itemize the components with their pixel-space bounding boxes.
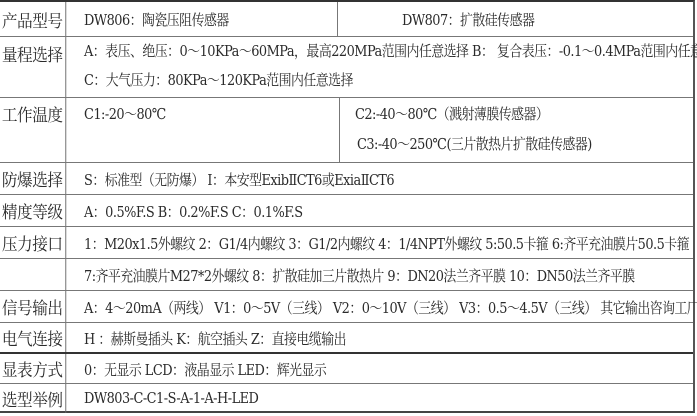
row-accuracy: 精度等级 A：0.5%F.S B：0.2%F.S C：0.1%F.S bbox=[0, 195, 693, 227]
temperature-c1: C1:-20～80℃ bbox=[84, 103, 166, 124]
label-explosion-proof: 防爆选择 bbox=[0, 163, 66, 194]
temperature-c3: C3:-40～250℃(三片散热片扩散硅传感器) bbox=[357, 133, 592, 154]
content-electrical-connection: H ：赫斯曼插头 K：航空插头 Z：直接电缆输出 bbox=[72, 323, 693, 352]
range-line-1: A：表压、绝压：0～10KPa～60MPa，最高220MPa范围内任意选择 B：… bbox=[84, 40, 697, 61]
range-line-2: C：大气压力：80KPa～120KPa范围内任意选择 bbox=[84, 69, 353, 90]
model-dw807: DW807：扩散硅传感器 bbox=[402, 9, 534, 30]
electrical-options: H ：赫斯曼插头 K：航空插头 Z：直接电缆输出 bbox=[84, 328, 346, 349]
row-display-mode: 显表方式 0：无显示 LCD：液晶显示 LED：辉光显示 bbox=[0, 354, 693, 384]
label-empty bbox=[0, 259, 66, 290]
content-explosion-proof: S：标准型（无防爆） I：本安型ExibⅡCT6或ExiaⅡCT6 bbox=[72, 163, 693, 194]
content-signal-output: A：4～20mA（两线） V1：0～5V（三线） V2：0～10V（三线） V3… bbox=[72, 291, 693, 322]
content-pressure-interface-2: 7:齐平充油膜片M27*2外螺纹 8：扩散硅加三片散热片 9：DN20法兰齐平膜… bbox=[72, 259, 693, 290]
content-selection-example: DW803-C-C1-S-A-1-A-H-LED bbox=[72, 384, 693, 413]
display-options: 0：无显示 LCD：液晶显示 LED：辉光显示 bbox=[84, 359, 326, 380]
label-product-model: 产品型号 bbox=[0, 2, 66, 36]
row-electrical-connection: 电气连接 H ：赫斯曼插头 K：航空插头 Z：直接电缆输出 bbox=[0, 323, 693, 354]
label-pressure-interface: 压力接口 bbox=[0, 227, 66, 258]
column-divider bbox=[337, 2, 338, 36]
selection-table: 产品型号 DW806：陶瓷压阻传感器 DW807：扩散硅传感器 量程选择 A：表… bbox=[0, 0, 695, 413]
content-range: A：表压、绝压：0～10KPa～60MPa，最高220MPa范围内任意选择 B：… bbox=[72, 37, 693, 97]
content-temperature: C1:-20～80℃ C2:-40～80℃（溅射薄膜传感器） C3:-40～25… bbox=[72, 98, 693, 162]
label-range: 量程选择 bbox=[0, 37, 66, 97]
row-selection-example: 选型举例 DW803-C-C1-S-A-1-A-H-LED bbox=[0, 384, 693, 413]
explosion-options: S：标准型（无防爆） I：本安型ExibⅡCT6或ExiaⅡCT6 bbox=[84, 169, 394, 190]
content-accuracy: A：0.5%F.S B：0.2%F.S C：0.1%F.S bbox=[72, 195, 693, 226]
content-pressure-interface-1: 1：M20x1.5外螺纹 2：G1/4内螺纹 3：G1/2内螺纹 4：1/4NP… bbox=[72, 227, 693, 258]
content-display-mode: 0：无显示 LCD：液晶显示 LED：辉光显示 bbox=[72, 354, 693, 383]
model-dw806: DW806：陶瓷压阻传感器 bbox=[84, 9, 229, 30]
label-accuracy: 精度等级 bbox=[0, 195, 66, 226]
label-temperature: 工作温度 bbox=[0, 98, 66, 162]
label-selection-example: 选型举例 bbox=[0, 384, 66, 413]
column-divider bbox=[339, 98, 340, 162]
content-product-model: DW806：陶瓷压阻传感器 DW807：扩散硅传感器 bbox=[72, 2, 693, 36]
example-code: DW803-C-C1-S-A-1-A-H-LED bbox=[84, 389, 258, 407]
label-electrical-connection: 电气连接 bbox=[0, 323, 66, 352]
row-explosion-proof: 防爆选择 S：标准型（无防爆） I：本安型ExibⅡCT6或ExiaⅡCT6 bbox=[0, 163, 693, 195]
row-product-model: 产品型号 DW806：陶瓷压阻传感器 DW807：扩散硅传感器 bbox=[0, 2, 693, 37]
interface-line-1: 1：M20x1.5外螺纹 2：G1/4内螺纹 3：G1/2内螺纹 4：1/4NP… bbox=[84, 233, 689, 254]
label-display-mode: 显表方式 bbox=[0, 354, 66, 383]
row-pressure-interface-cont: 7:齐平充油膜片M27*2外螺纹 8：扩散硅加三片散热片 9：DN20法兰齐平膜… bbox=[0, 259, 693, 291]
row-temperature: 工作温度 C1:-20～80℃ C2:-40～80℃（溅射薄膜传感器） C3:-… bbox=[0, 98, 693, 163]
accuracy-options: A：0.5%F.S B：0.2%F.S C：0.1%F.S bbox=[84, 201, 303, 222]
row-pressure-interface: 压力接口 1：M20x1.5外螺纹 2：G1/4内螺纹 3：G1/2内螺纹 4：… bbox=[0, 227, 693, 259]
row-signal-output: 信号输出 A：4～20mA（两线） V1：0～5V（三线） V2：0～10V（三… bbox=[0, 291, 693, 323]
signal-options: A：4～20mA（两线） V1：0～5V（三线） V2：0～10V（三线） V3… bbox=[84, 297, 697, 318]
label-signal-output: 信号输出 bbox=[0, 291, 66, 322]
row-range: 量程选择 A：表压、绝压：0～10KPa～60MPa，最高220MPa范围内任意… bbox=[0, 37, 693, 98]
temperature-c2: C2:-40～80℃（溅射薄膜传感器） bbox=[355, 103, 548, 124]
interface-line-2: 7:齐平充油膜片M27*2外螺纹 8：扩散硅加三片散热片 9：DN20法兰齐平膜… bbox=[84, 265, 635, 286]
